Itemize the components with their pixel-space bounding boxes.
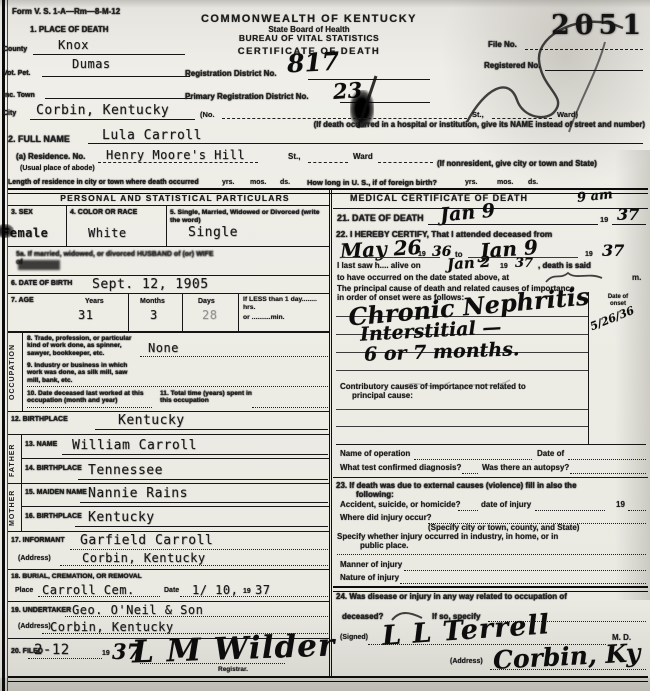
manner-of-injury-label: Manner of injury [340,561,402,570]
value-line [612,224,646,225]
date-of-death-value: Jan 9 [439,200,496,227]
county-line [33,54,185,55]
date-of-onset-header-1: Date of [590,294,646,301]
burial-date-value: 1/ 10, [192,583,238,597]
race-value: White [88,226,127,240]
value-line [78,479,328,480]
row-line [333,477,648,478]
row-line [21,506,329,507]
row-line [21,458,329,459]
m-label: m. [632,274,641,283]
burial-place-value: Carroll Cem. [42,583,135,597]
street-line [222,118,467,119]
ink-smear-2 [18,260,60,270]
test-label: What test confirmed diagnosis? [340,464,461,473]
last-saw-year-prefix: 19 [500,263,508,271]
full-name-line [88,143,643,144]
dotted-line [38,596,160,597]
value-line [95,429,328,430]
howlong-label: How long in U. S., if of foreign birth? [307,179,437,187]
dotted-line [568,459,646,460]
row-line [8,434,329,435]
full-name-label: 2. FULL NAME [8,134,70,144]
medical-title-handwriting: 9 am [576,187,613,206]
row-line [8,246,329,247]
informant-label: 17. INFORMANT [11,537,65,545]
father-name-label: 13. NAME [25,441,57,449]
street-no-label: (No. [200,111,215,119]
age-months-value: 3 [150,308,158,322]
age-days-value: 28 [202,308,217,322]
death-certificate-scan: Form V. S. 1-A—Rm—8-M-12 1. PLACE OF DEA… [0,0,650,691]
date-of-death-label: 21. DATE OF DEATH [337,213,424,223]
birthplace-value: Kentucky [118,413,185,428]
row-line [8,569,329,570]
reg-district-value-handwritten: 817 [286,47,340,79]
cell-divider [66,205,67,246]
county-value: Knox [58,38,89,52]
row-line-double [333,586,648,592]
dotted-line [535,510,605,511]
physician-address-label: (Address) [450,658,483,666]
burial-date-label: Date [164,587,179,595]
occurred-label: to have occurred on the date stated abov… [337,274,509,283]
dotted-line [628,510,646,511]
personal-section-title: PERSONAL AND STATISTICAL PARTICULARS [30,194,320,204]
if-less-label: If LESS than 1 day........ hrs. [243,296,327,311]
place-of-death-title: 1. PLACE OF DEATH [30,26,109,35]
injury-date-label: date of injury [481,501,531,510]
row-line [8,601,329,602]
deceased-question-label: deceased? [342,613,383,622]
value-line [80,502,328,503]
dotted-line [65,616,328,617]
dotted-line [458,510,478,511]
residence-ward-line [378,162,433,163]
ink-smear [0,224,14,238]
burial-label: 18. BURIAL, CREMATION, OR REMOVAL [11,573,142,581]
mos-label-2: mos. [497,179,513,187]
primary-district-label: Primary Registration District No. [185,93,309,102]
row-line [8,275,329,276]
operation-label: Name of operation [340,450,410,459]
ruled-line [336,444,646,445]
external-causes-label-2: following: [356,491,394,500]
informant-value: Garfield Carroll [80,533,213,548]
last-saw-label: I last saw h.... alive on [337,262,421,271]
age-months-header: Months [140,298,165,306]
value-line [340,257,440,258]
industry-label: 9. Industry or business in which work wa… [27,362,140,384]
street-line-2 [492,118,552,119]
dotted-line [414,459,532,460]
mother-maiden-label: 15. MAIDEN NAME [25,489,87,497]
row-line [8,205,329,206]
cell-divider [22,331,23,411]
trade-label: 8. Trade, profession, or particular kind… [27,335,140,357]
ds-label-2: ds. [528,179,538,187]
value-line [428,224,598,225]
last-worked-label: 10. Date deceased last worked at this oc… [27,390,149,405]
row-line [8,531,329,532]
age-days-header: Days [198,298,215,306]
county-label: County [3,46,27,54]
cell-divider [166,205,167,246]
row-line [8,483,329,484]
vot-pet-value: Dumas [72,57,111,71]
onset-column-divider [588,292,589,445]
dotted-line [570,473,646,474]
filed-date-value: 2-12 [34,642,70,658]
value-line [75,526,328,527]
accident-label: Accident, suicide, or homicide? [340,501,460,510]
city-label: City [3,110,16,118]
dotted-line [462,473,478,474]
value-line [62,454,328,455]
burial-year-prefix: 19 [243,588,251,596]
full-name-value: Lula Carroll [102,128,202,143]
undertaker-label: 19. UNDERTAKER [11,607,71,615]
birthplace-label: 12. BIRTHPLACE [11,416,68,424]
cause-of-death-line-3: 6 or 7 months. [364,338,520,365]
burial-year-value: 37 [255,583,270,597]
inc-town-label: Inc. Town [3,92,35,100]
dotted-line [27,407,152,408]
last-saw-year-value: 37 [515,256,533,271]
last-saw-value: Jan 2 [446,253,491,274]
dod-year-value: 37 [617,205,639,224]
city-value: Corbin, Kentucky [36,103,169,118]
row-line [8,331,329,333]
hospital-note: (If death occurred in a hospital or inst… [205,121,645,130]
mother-birthplace-value: Kentucky [88,510,155,525]
cell-divider [182,293,183,331]
trade-value: None [148,341,179,355]
date-of-onset-header-2: onset [590,301,646,308]
where-injury-label: Where did injury occur? [340,514,432,523]
onset-value-handwritten: 5/26/36 [588,304,636,333]
abode-note: (Usual place of abode) [20,165,95,173]
contributory-label-2: principal cause: [352,392,413,401]
inc-town-line [45,98,192,99]
mother-maiden-value: Nannie Rains [88,486,188,501]
autopsy-label: Was there an autopsy? [482,464,569,473]
dotted-line [60,565,328,566]
informant-address-label: (Address) [18,555,51,563]
dotted-line [28,658,102,659]
residence-st-label: St., [288,153,300,162]
undertaker-address-label: (Address) [18,623,51,631]
street-st-label: St., [472,111,484,119]
bureau-subtitle: BUREAU OF VITAL STATISTICS [185,34,433,44]
nonresident-note: (If nonresident, give city or town and S… [437,160,597,169]
scan-edge-bar [2,0,5,691]
mother-birthplace-label: 16. BIRTHPLACE [25,513,82,521]
nature-of-injury-label: Nature of injury [340,574,399,583]
to-year-prefix: 19 [585,251,593,259]
dob-value: Sept. 12, 1905 [92,277,209,292]
marital-value: Single [188,225,238,240]
specify-label-2: public place. [360,542,408,551]
row-line [8,293,329,294]
related-occupation-label: 24. Was disease or injury in any way rel… [336,593,567,602]
city-line [30,119,195,120]
commonwealth-title: COMMONWEALTH OF KENTUCKY [185,13,433,25]
age-years-header: Years [85,298,104,306]
reg-district-label: Registration District No. [185,70,277,79]
dotted-line [400,583,646,584]
father-birthplace-value: Tennessee [88,463,163,478]
age-years-value: 31 [78,308,93,322]
dotted-line [140,356,328,357]
ds-label: ds. [280,179,290,187]
occupation-side-label: OCCUPATION [9,336,16,408]
residence-value: Henry Moore's Hill [106,148,245,162]
ruled-line [336,426,588,427]
yrs-label: yrs. [222,179,234,187]
ruled-line [336,409,588,410]
filed-year-prefix: 19 [102,650,110,658]
sex-label: 3. SEX [11,209,33,217]
father-side-label: FATHER [9,437,16,483]
mother-side-label: MOTHER [9,486,16,530]
residence-ward-label: Ward [353,153,373,162]
dotted-line [252,407,328,408]
race-label: 4. COLOR OR RACE [70,209,137,217]
father-birthplace-label: 14. BIRTHPLACE [25,465,82,473]
registrar-signature: L M Wilder [131,627,335,670]
dotted-line [337,554,646,555]
column-divider [329,188,332,678]
residence-st-line [308,162,348,163]
dotted-line [27,386,328,387]
burial-place-label: Place [15,587,33,595]
or-min-label: or ..........min. [243,314,327,322]
residence-label: (a) Residence. No. [16,153,85,162]
dod-year-prefix: 19 [600,216,608,224]
undertaker-value: Geo. O'Neil & Son [72,603,203,617]
length-residence-label: Length of residence in city or town wher… [8,179,199,187]
marital-label: 5. Single, Married, Widowed or Divorced … [170,209,325,224]
cell-divider [238,293,239,331]
injury-year-prefix: 19 [616,501,625,510]
cell-divider [21,483,22,532]
total-time-label: 11. Total time (years) spent in this occ… [160,390,260,405]
section-divider-bottom [8,676,648,682]
row-line [8,411,329,412]
undertaker-address-value: Corbin, Kentucky [50,620,174,634]
street-ward-label: Ward) [557,111,578,119]
attended-from-value: May 26 [339,235,422,263]
cell-divider [128,293,129,331]
father-name-value: William Carroll [72,438,197,453]
dotted-line [404,570,646,571]
vot-pet-label: Vot. Pet. [3,70,30,78]
yrs-label-2: yrs. [465,179,477,187]
signed-label: (Signed) [340,634,368,642]
informant-address-value: Corbin, Kentucky [82,551,206,565]
form-number: Form V. S. 1-A—Rm—8-M-12 [12,8,120,17]
to-year-value: 37 [602,241,624,260]
dotted-line [180,596,328,597]
age-label: 7. AGE [11,297,34,305]
residence-line [98,162,258,163]
vot-pet-line [42,76,190,77]
medical-section-title: MEDICAL CERTIFICATE OF DEATH [350,193,528,203]
dotted-line [70,549,328,550]
operation-date-label: Date of [537,450,564,459]
mos-label: mos. [250,179,266,187]
dob-label: 6. DATE OF BIRTH [11,280,72,288]
